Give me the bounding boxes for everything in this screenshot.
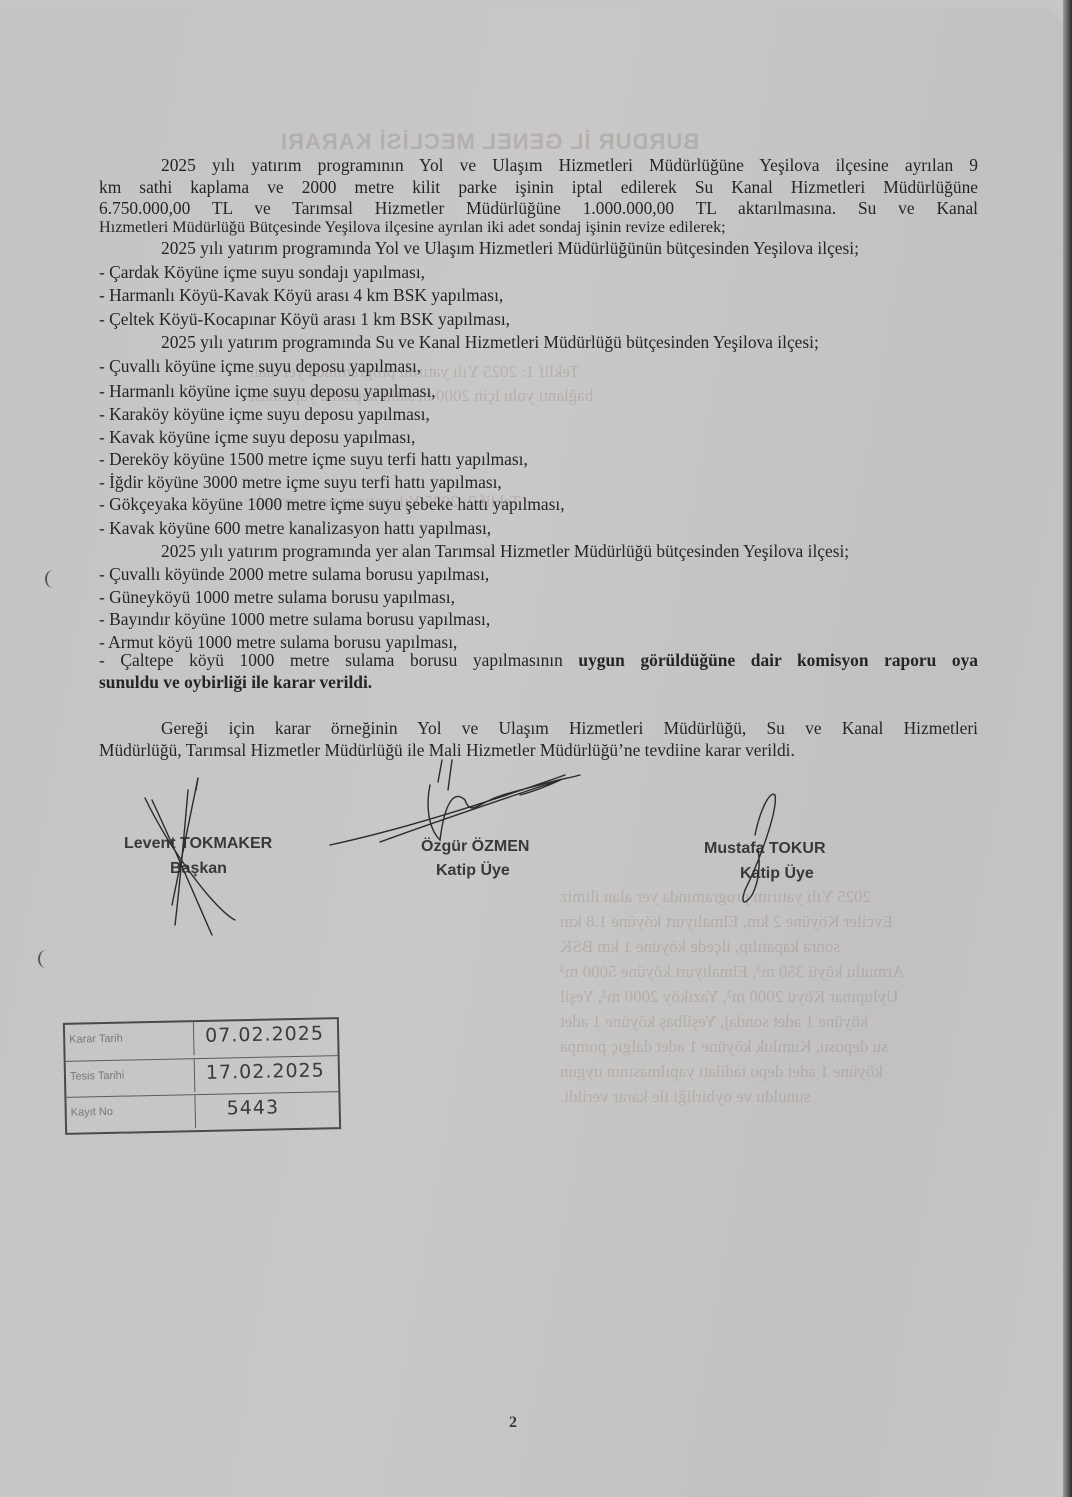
stamp-divider: [193, 1022, 195, 1055]
stamp-label: Kayıt No: [71, 1106, 113, 1119]
stamp-divider: [194, 1095, 196, 1128]
bleed-through-text: sunuldu ve oybirliği ile karar verildi.: [560, 1085, 810, 1109]
stamp-value: 5443: [226, 1096, 279, 1119]
stamp-row-decision-date: Karar Tarih 07.02.2025: [65, 1019, 338, 1058]
bleed-through-text: köyüne 1 adet depo tadilatı yapılmasının…: [560, 1060, 883, 1084]
stamp-value: 17.02.2025: [206, 1059, 325, 1083]
bleed-through-text: su deposu, Kumluk köyüne 1 adet dalgıç p…: [560, 1035, 888, 1059]
stamp-row-registry-number: Kayıt No 5443: [66, 1091, 339, 1131]
stamp-divider: [194, 1059, 196, 1092]
stamp-row-facility-date: Tesis Tarihi 17.02.2025: [66, 1055, 339, 1095]
registry-stamp: Karar Tarih 07.02.2025 Tesis Tarihi 17.0…: [63, 1017, 341, 1135]
stamp-label: Karar Tarih: [69, 1033, 123, 1046]
handwritten-signatures: [0, 0, 1072, 1000]
stamp-value: 07.02.2025: [205, 1022, 324, 1046]
bleed-through-text: köyüne 1 adet sondaj, Yeşilbaş köyüne 1 …: [560, 1010, 868, 1034]
page-number: 2: [509, 1414, 517, 1432]
stamp-label: Tesis Tarihi: [70, 1070, 124, 1083]
